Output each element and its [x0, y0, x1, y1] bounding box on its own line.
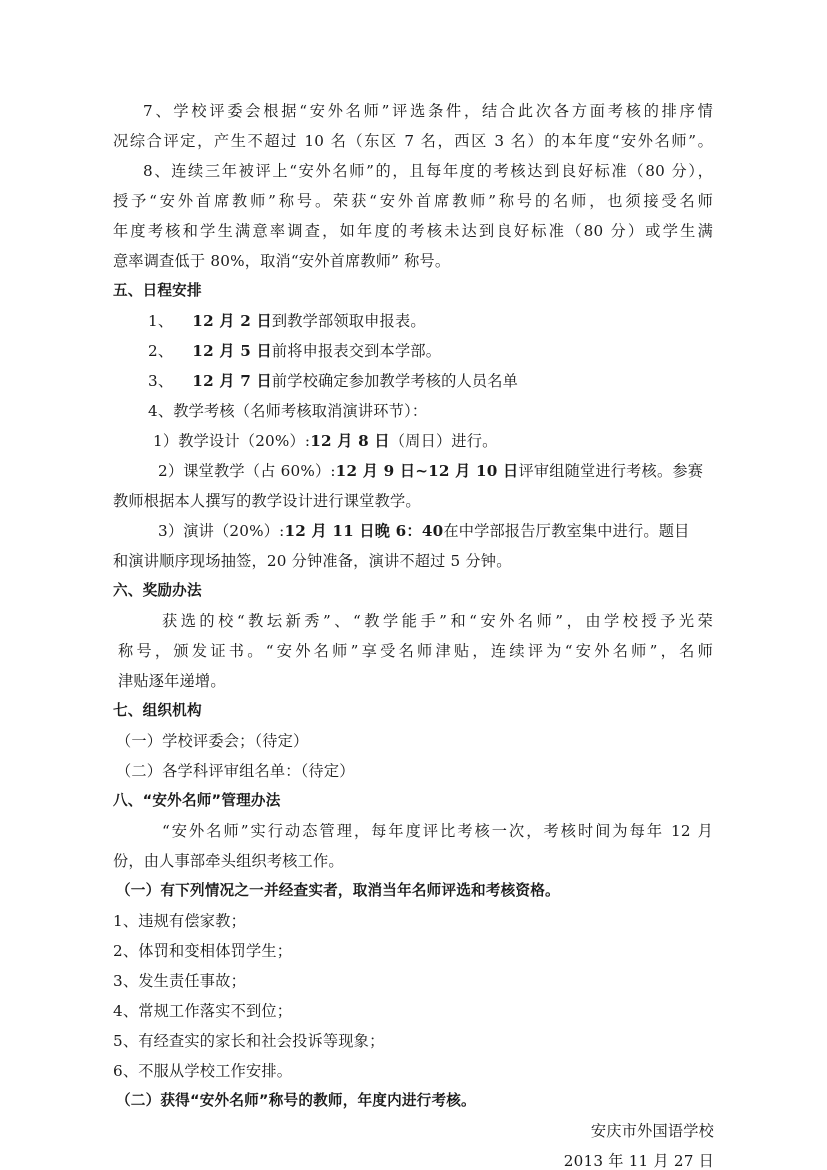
signature-date: 2013 年 11 月 27 日 [564, 1146, 714, 1170]
section-8-sub-2-heading: （二）获得“安外名师”称号的教师，年度内进行考核。 [116, 1086, 716, 1116]
schedule-item-1-date: 12 月 2 日 [192, 312, 272, 330]
item-8-line-3: 年度考核和学生满意率调查，如年度的考核未达到良好标准（80 分）或学生满 [113, 216, 713, 246]
assessment-sub-2-suffix: 评审组随堂进行考核。参赛 [518, 462, 703, 480]
section-7-heading: 七、组织机构 [113, 696, 713, 726]
org-item-1: （一）学校评委会；（待定） [116, 726, 716, 756]
item-8-line-1: 8、连续三年被评上“安外名师”的，且每年度的考核达到良好标准（80 分）， [143, 156, 713, 186]
violation-item-2: 2、体罚和变相体罚学生； [113, 936, 713, 966]
assessment-sub-1: 1）教学设计（20%）:12 月 8 日（周日）进行。 [153, 426, 753, 456]
section-6-line-2: 称号，颁发证书。“安外名师”享受名师津贴，连续评为“安外名师”，名师 [118, 636, 713, 666]
section-6-line-3: 津贴逐年递增。 [118, 666, 718, 696]
assessment-sub-3: 3）演讲（20%）:12 月 11 日晚 6：40在中学部报告厅教室集中进行。题… [158, 516, 713, 546]
assessment-sub-3-suffix: 在中学部报告厅教室集中进行。题目 [443, 522, 689, 540]
section-5-heading: 五、日程安排 [113, 276, 713, 306]
schedule-item-3-date: 12 月 7 日 [192, 372, 272, 390]
violation-item-5: 5、有经查实的家长和社会投诉等现象； [113, 1026, 713, 1056]
assessment-sub-2-date: 12 月 9 日~12 月 10 日 [336, 462, 519, 480]
signature-organization: 安庆市外国语学校 [591, 1116, 714, 1146]
schedule-item-2: 2、 12 月 5 日前将申报表交到本学部。 [148, 336, 748, 366]
schedule-item-3: 3、 12 月 7 日前学校确定参加教学考核的人员名单 [148, 366, 748, 396]
schedule-item-2-date: 12 月 5 日 [192, 342, 272, 360]
section-6-line-1: 获选的校“教坛新秀”、“教学能手”和“安外名师”，由学校授予光荣 [162, 606, 713, 636]
item-7-line-2: 况综合评定，产生不超过 10 名（东区 7 名，西区 3 名）的本年度“安外名师… [113, 126, 713, 156]
schedule-item-1-num: 1、 [148, 312, 173, 330]
item-7-line-1: 7、学校评委会根据“安外名师”评选条件，结合此次各方面考核的排序情 [143, 96, 713, 126]
section-8-sub-1-heading: （一）有下列情况之一并经查实者，取消当年名师评选和考核资格。 [116, 876, 716, 906]
violation-item-1: 1、违规有偿家教； [113, 906, 713, 936]
assessment-sub-1-prefix: 1）教学设计（20%）: [153, 432, 310, 450]
assessment-sub-2: 2）课堂教学（占 60%）:12 月 9 日~12 月 10 日评审组随堂进行考… [158, 456, 713, 486]
assessment-sub-2-line-2: 教师根据本人撰写的教学设计进行课堂教学。 [113, 486, 713, 516]
violation-item-6: 6、不服从学校工作安排。 [113, 1056, 713, 1086]
assessment-sub-2-prefix: 2）课堂教学（占 60%）: [158, 462, 336, 480]
section-6-heading: 六、奖励办法 [113, 576, 713, 606]
item-8-line-2: 授予“安外首席教师”称号。荣获“安外首席教师”称号的名师，也须接受名师 [113, 186, 713, 216]
violation-item-3: 3、发生责任事故； [113, 966, 713, 996]
document-page: 7、学校评委会根据“安外名师”评选条件，结合此次各方面考核的排序情 况综合评定，… [0, 0, 827, 1170]
schedule-item-2-num: 2、 [148, 342, 173, 360]
section-8-line-1: “安外名师”实行动态管理，每年度评比考核一次，考核时间为每年 12 月 [162, 816, 713, 846]
schedule-item-1-text: 到教学部领取申报表。 [272, 312, 426, 330]
section-8-line-2: 份，由人事部牵头组织考核工作。 [113, 846, 713, 876]
violation-item-4: 4、常规工作落实不到位； [113, 996, 713, 1026]
assessment-sub-3-line-2: 和演讲顺序现场抽签，20 分钟准备，演讲不超过 5 分钟。 [113, 546, 713, 576]
assessment-sub-1-date: 12 月 8 日 [310, 432, 390, 450]
section-8-heading: 八、“安外名师”管理办法 [113, 786, 713, 816]
item-8-line-4: 意率调查低于 80%，取消“安外首席教师” 称号。 [113, 246, 713, 276]
schedule-item-3-text: 前学校确定参加教学考核的人员名单 [272, 372, 518, 390]
schedule-item-4: 4、教学考核（名师考核取消演讲环节）： [148, 396, 748, 426]
org-item-2: （二）各学科评审组名单：（待定） [116, 756, 716, 786]
schedule-item-3-num: 3、 [148, 372, 173, 390]
assessment-sub-3-date: 12 月 11 日晚 6：40 [284, 522, 443, 540]
assessment-sub-1-suffix: （周日）进行。 [390, 432, 498, 450]
schedule-item-1: 1、 12 月 2 日到教学部领取申报表。 [148, 306, 748, 336]
assessment-sub-3-prefix: 3）演讲（20%）: [158, 522, 284, 540]
schedule-item-2-text: 前将申报表交到本学部。 [272, 342, 441, 360]
